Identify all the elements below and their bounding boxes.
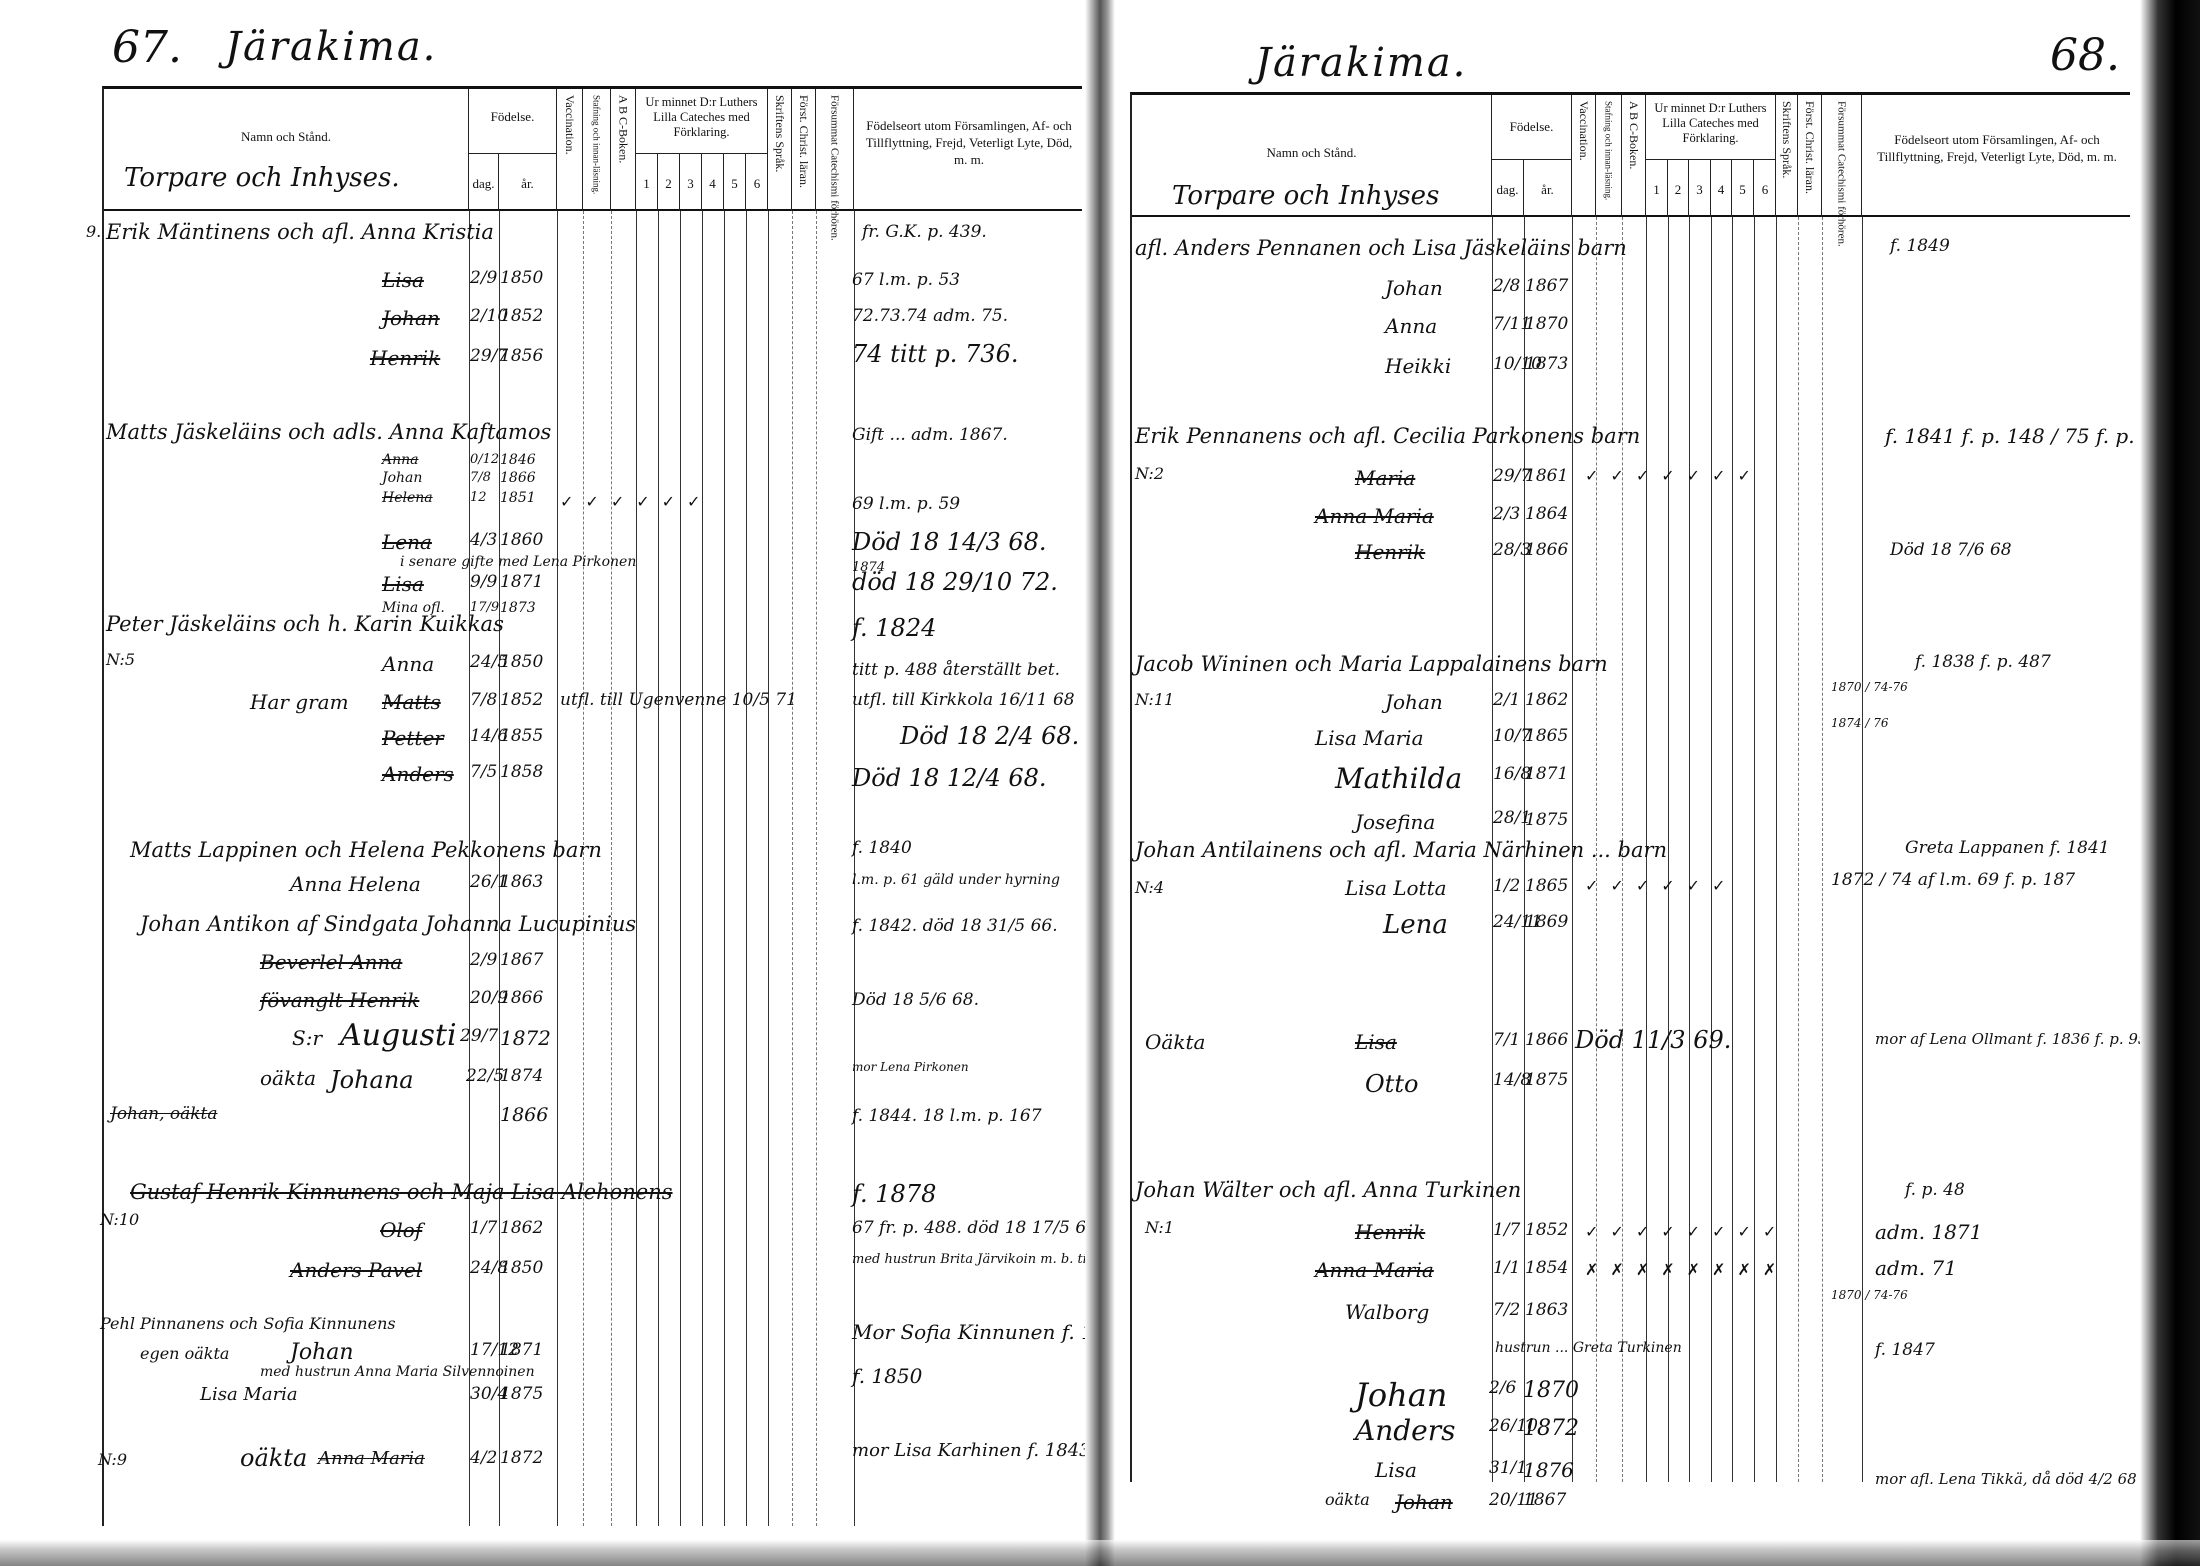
birth-year: 1856 [500, 346, 543, 366]
remark: mor afl. Lena Tikkä, då död 4/2 68 [1875, 1470, 2137, 1488]
birth-day: 2/6 [1489, 1378, 1516, 1398]
remark: l.m. p. 61 gäld under hyrning [852, 872, 1060, 888]
remark: utfl. till Kirkkola 16/11 68 [852, 690, 1075, 710]
birth-day: 7/8 [470, 690, 497, 710]
column-divider [1776, 217, 1777, 1482]
birth-year: 1846 [500, 452, 536, 468]
birth-day: 29/7 [460, 1026, 498, 1046]
birth-year: 1875 [500, 1384, 543, 1404]
birth-year: 1875 [1525, 1070, 1568, 1090]
column-divider [702, 211, 703, 1526]
household-number: N:4 [1135, 878, 1164, 897]
person-name: Johana [330, 1066, 414, 1094]
person-name: Lisa Lotta [1345, 876, 1447, 900]
column-divider [746, 211, 747, 1526]
birth-year: 1867 [500, 950, 543, 970]
birth-day: 4/2 [470, 1448, 497, 1468]
birth-year: 1873 [1525, 354, 1568, 374]
birth-year: 1872 [500, 1026, 551, 1050]
column-divider [557, 211, 558, 1526]
birth-year: 1852 [1525, 1220, 1568, 1240]
birth-year: 1874 [500, 1066, 543, 1086]
household-head: Matts Jäskeläins och adls. Anna Kaftamos [106, 420, 551, 444]
remark: fr. G.K. p. 439. [862, 222, 987, 242]
person-name: Henrik [370, 346, 440, 370]
household-number: N:9 [98, 1450, 127, 1469]
person-name: Anna [1385, 314, 1437, 338]
catechism-marks: ✗✗✗✗✗✗✗✗ [1585, 1260, 1788, 1279]
catechism-marks: ✓✓✓✓✓✓ [560, 492, 712, 511]
birth-year: 1865 [1525, 876, 1568, 896]
household-head: Peter Jäskeläins och h. Karin Kuikkas [106, 612, 504, 636]
household-head: Johan Antikon af Sindgata Johanna Lucupi… [140, 912, 636, 936]
column-divider [724, 211, 725, 1526]
household-number: N:1 [1145, 1218, 1174, 1237]
birth-day: 2/9 [470, 268, 497, 288]
person-name: Anna [382, 652, 434, 676]
household-head: hustrun ... Greta Turkinen [1495, 1340, 1682, 1356]
birth-day: 7/5 [470, 762, 497, 782]
header-reading: Stafning och innan-läsning. [583, 89, 611, 211]
household-head: Erik Pennanens och afl. Cecilia Parkonen… [1135, 424, 1640, 448]
remark: 1874 / 76 [1831, 716, 1888, 730]
column-divider [1711, 217, 1712, 1482]
column-divider [469, 211, 470, 1526]
header-remarks: Födelseort utom Församlingen, Af- och Ti… [1862, 95, 2132, 217]
header-missed-examinations: Försummat Catechismi förhören. [816, 89, 854, 211]
birth-day: 9/9 [470, 572, 497, 592]
birth-year: 1866 [1525, 540, 1568, 560]
birth-day: 7/8 [470, 470, 491, 485]
remark: 67 fr. p. 488. död 18 17/5 68. [852, 1218, 1102, 1238]
birth-year: 1870 [1525, 314, 1568, 334]
page-number-right: 68. [2050, 30, 2120, 81]
birth-year: 1860 [500, 530, 543, 550]
birth-day: 7/1 [1493, 1030, 1520, 1050]
birth-year: 1872 [500, 1448, 543, 1468]
header-catechism: Ur minnet D:r Luthers Lilla Cateches med… [1646, 95, 1776, 217]
remark: Död 18 5/6 68. [852, 990, 979, 1010]
person-name: Olof [380, 1218, 422, 1242]
remark: adm. 1871 [1875, 1220, 1982, 1244]
left-page: 67. Järakima. Namn och Stånd. Torpare oc… [0, 0, 1085, 1566]
column-divider [583, 211, 584, 1526]
header-remarks: Födelseort utom Församlingen, Af- och Ti… [854, 89, 1084, 211]
birth-day: 7/2 [1493, 1300, 1520, 1320]
person-name: Anna Helena [290, 872, 421, 896]
header-reading: Stafning och innan-läsning. [1596, 95, 1622, 217]
person-name: Johan, oäkta [110, 1104, 218, 1124]
person-name: Lena [382, 530, 432, 554]
person-name: Heikki [1385, 354, 1451, 378]
table-header-right: Namn och Stånd. Torpare och Inhyses Föde… [1132, 95, 2130, 217]
birth-day: 31/1 [1489, 1458, 1527, 1478]
birth-year: 1871 [500, 572, 543, 592]
household-head: Gustaf Henrik Kinnunens och Maja Lisa Al… [130, 1180, 673, 1204]
birth-day: 2/9 [470, 950, 497, 970]
header-vaccination: Vaccination. [557, 89, 583, 211]
birth-day: 4/3 [470, 530, 497, 550]
remark: död 18 29/10 72. [852, 568, 1058, 596]
catechism-marks: ✓✓✓✓✓✓✓✓ [1585, 1222, 1788, 1241]
remark: titt p. 488 återställt bet. [852, 660, 1060, 680]
remark: f. 1850 [852, 1364, 922, 1388]
annotation: oäkta [240, 1444, 307, 1472]
column-divider [1689, 217, 1690, 1482]
household-head: Erik Mäntinens och afl. Anna Kristia [106, 220, 494, 244]
person-name: Johan [290, 1340, 354, 1365]
birth-day: 12 [470, 490, 487, 505]
birth-day: 2/8 [1493, 276, 1520, 296]
person-name: Mathilda [1335, 762, 1462, 795]
birth-year: 1867 [1523, 1490, 1566, 1510]
column-divider [792, 211, 793, 1526]
annotation: oäkta [260, 1066, 316, 1090]
remark: 1870 / 74-76 [1831, 1288, 1908, 1302]
section-title-right: Torpare och Inhyses [1172, 181, 1439, 211]
person-name: Lisa [1355, 1030, 1397, 1054]
remark: 72.73.74 adm. 75. [852, 306, 1008, 326]
birth-day: 1/7 [1493, 1220, 1520, 1240]
person-name: Henrik [1355, 1220, 1425, 1244]
header-scripture: Skriftens Språk. [1776, 95, 1798, 217]
person-name: Johan [1385, 690, 1443, 714]
birth-year: 1864 [1525, 504, 1568, 524]
annotation: oäkta [1325, 1490, 1370, 1509]
header-christian-doctrine: Först. Christ. läran. [792, 89, 816, 211]
annotation: Har gram [250, 690, 349, 714]
birth-year: 1855 [500, 726, 543, 746]
person-name: Johan [382, 470, 422, 486]
birth-day: 1/1 [1493, 1258, 1520, 1278]
household-head: Johan Wälter och afl. Anna Turkinen [1135, 1178, 1521, 1202]
header-name-column: Namn och Stånd. Torpare och Inhyses. [104, 89, 469, 211]
birth-year: 1850 [500, 652, 543, 672]
catechism-marks: ✓✓✓✓✓✓ [1585, 876, 1737, 895]
person-name: Lisa [1375, 1458, 1417, 1482]
birth-year: 1876 [1523, 1458, 1574, 1482]
village-title-right: Järakima. [1255, 40, 1467, 86]
annotation: utfl. till Ugenvenne 10/5 71 [560, 690, 797, 710]
column-divider [636, 211, 637, 1526]
header-scripture: Skriftens Språk. [768, 89, 792, 211]
table-header-left: Namn och Stånd. Torpare och Inhyses. Föd… [104, 89, 1082, 211]
annotation: egen oäkta [140, 1344, 229, 1363]
column-divider [1754, 217, 1755, 1482]
birth-year: 1862 [1525, 690, 1568, 710]
person-name: Johan [1385, 276, 1443, 300]
person-name: Lisa Maria [200, 1384, 298, 1405]
birth-year: 1863 [500, 872, 543, 892]
annotation: S:r [292, 1026, 322, 1050]
remark: f. 1847 [1875, 1340, 1935, 1360]
person-name: Lena [1383, 910, 1448, 940]
birth-day: 2/3 [1493, 504, 1520, 524]
person-name: Beverlel Anna [260, 950, 402, 974]
column-divider [1732, 217, 1733, 1482]
annotation: Oäkta [1145, 1030, 1205, 1054]
birth-day: 2/1 [1493, 690, 1520, 710]
right-page: Järakima. 68. Namn och Stånd. Torpare oc… [1115, 0, 2200, 1566]
remark: f. 1849 [1890, 236, 1950, 256]
person-name: Anna Maria [318, 1448, 425, 1469]
person-name: Augusti [340, 1018, 457, 1053]
birth-year: 1866 [500, 1104, 548, 1126]
household-number: N:5 [106, 650, 135, 669]
birth-year: 1850 [500, 1258, 543, 1278]
remark: 74 titt p. 736. [852, 340, 1018, 368]
remark: f. p. 48 [1905, 1180, 1965, 1200]
person-name: Petter [382, 726, 444, 750]
person-name: Henrik [1355, 540, 1425, 564]
household-head: Pehl Pinnanens och Sofia Kinnunens [100, 1314, 396, 1333]
village-title-left: Järakima. [225, 24, 437, 70]
household-head: Jacob Wininen och Maria Lappalainens bar… [1135, 652, 1608, 676]
person-name: Johan [382, 306, 440, 330]
household-head: Matts Lappinen och Helena Pekkonens barn [130, 838, 602, 862]
birth-year: 1850 [500, 268, 543, 288]
birth-year: 1870 [1523, 1378, 1579, 1403]
birth-year: 1873 [500, 600, 536, 616]
person-name: Lisa Maria [1315, 726, 1424, 750]
section-title-left: Torpare och Inhyses. [124, 163, 400, 193]
remark: f. 1824 [852, 614, 936, 642]
person-name: Josefina [1355, 810, 1435, 834]
birth-day: 1/2 [1493, 876, 1520, 896]
person-name: Lisa [382, 572, 424, 596]
annotation: i senare gifte med Lena Pirkonen [400, 554, 636, 570]
household-head: Johan Antilainens och afl. Maria Närhine… [1135, 838, 1667, 862]
birth-year: 1863 [1525, 1300, 1568, 1320]
book-bottom-shadow [0, 1540, 2200, 1566]
column-divider [1822, 217, 1823, 1482]
birth-year: 1852 [500, 690, 543, 710]
page-number-left: 67. [112, 22, 182, 73]
birth-year: 1865 [1525, 726, 1568, 746]
birth-year: 1871 [500, 1340, 543, 1360]
column-divider [768, 211, 769, 1526]
remark: Död 18 14/3 68. [852, 528, 1047, 556]
header-birth: Födelse. dag. år. [1492, 95, 1572, 217]
column-divider [611, 211, 612, 1526]
remark: 1872 / 74 af l.m. 69 f. p. 187 [1831, 870, 2075, 890]
remark: f. 1842. död 18 31/5 66. [852, 916, 1058, 936]
book-edge-shadow [2140, 0, 2200, 1566]
person-name: Otto [1365, 1070, 1418, 1098]
remark: mor af Lena Ollmant f. 1836 f. p. 95 [1875, 1030, 2147, 1048]
birth-year: 1862 [500, 1218, 543, 1238]
person-name: Anders [1355, 1414, 1456, 1447]
birth-day: 1/7 [470, 1218, 497, 1238]
column-divider [499, 211, 500, 1526]
header-abc-book: A B C-Boken. [611, 89, 636, 211]
header-catechism: Ur minnet D:r Luthers Lilla Cateches med… [636, 89, 768, 211]
birth-year: 1861 [1525, 466, 1568, 486]
remark: 1870 / 74-76 [1831, 680, 1908, 694]
person-name: Anna [382, 452, 419, 468]
header-christian-doctrine: Först. Christ. läran. [1798, 95, 1822, 217]
household-number: N:11 [1135, 690, 1174, 709]
column-divider [680, 211, 681, 1526]
person-name: Anders [382, 762, 454, 786]
household-head: afl. Anders Pennanen och Lisa Jäskeläins… [1135, 236, 1627, 260]
remark: Gift ... adm. 1867. [852, 425, 1008, 445]
household-number: 9. [86, 222, 101, 241]
catechism-marks: ✓✓✓✓✓✓✓ [1585, 466, 1763, 485]
person-name: Anders Pavel [290, 1258, 422, 1282]
person-name: Anna Maria [1315, 1258, 1434, 1282]
person-name: Walborg [1345, 1300, 1429, 1324]
book-gutter [1085, 0, 1115, 1566]
remark: Död 18 7/6 68 [1890, 540, 2012, 560]
header-abc-book: A B C-Boken. [1622, 95, 1646, 217]
person-name: Lisa [382, 268, 424, 292]
birth-year: 1869 [1525, 912, 1568, 932]
person-name: Anna Maria [1315, 504, 1434, 528]
birth-year: 1851 [500, 490, 536, 506]
person-name: Maria [1355, 466, 1415, 490]
column-divider [658, 211, 659, 1526]
annotation: Död 11/3 69. [1575, 1026, 1731, 1054]
person-name: Matts [382, 690, 441, 714]
header-birth: Födelse. dag. år. [469, 89, 557, 211]
remark: mor Lena Pirkonen [852, 1060, 969, 1074]
household-number: N:10 [100, 1210, 139, 1229]
header-missed-examinations: Försummat Catechismi förhören. [1822, 95, 1862, 217]
column-divider [1798, 217, 1799, 1482]
annotation: med hustrun Anna Maria Silvennoinen [260, 1364, 535, 1380]
household-number: N:2 [1135, 464, 1164, 483]
remark: f. 1878 [852, 1180, 936, 1208]
birth-year: 1875 [1525, 810, 1568, 830]
birth-year: 1854 [1525, 1258, 1568, 1278]
person-name: Johan [1355, 1376, 1447, 1414]
birth-year: 1866 [500, 988, 543, 1008]
remark: adm. 71 [1875, 1256, 1957, 1280]
remark: Greta Lappanen f. 1841 [1905, 838, 2110, 858]
header-name-column: Namn och Stånd. Torpare och Inhyses [1132, 95, 1492, 217]
birth-year: 1858 [500, 762, 543, 782]
remark: f. 1840 [852, 838, 912, 858]
person-name: Helena [382, 490, 433, 506]
birth-day: 0/12 [470, 452, 499, 467]
remark: 69 l.m. p. 59 [852, 494, 960, 514]
birth-year: 1866 [1525, 1030, 1568, 1050]
person-name: Johan [1395, 1490, 1453, 1514]
person-name: fövanglt Henrik [260, 988, 419, 1012]
birth-day: 22/5 [466, 1066, 504, 1086]
birth-year: 1872 [1523, 1416, 1579, 1441]
remark: Död 18 2/4 68. [900, 722, 1079, 750]
column-divider [1668, 217, 1669, 1482]
remark: f. 1838 f. p. 487 [1915, 652, 2051, 672]
birth-year: 1867 [1525, 276, 1568, 296]
ledger-table-left: Namn och Stånd. Torpare och Inhyses. Föd… [102, 86, 1082, 1526]
remark: f. 1844. 18 l.m. p. 167 [852, 1106, 1042, 1126]
remark: 67 l.m. p. 53 [852, 270, 960, 290]
birth-year: 1866 [500, 470, 536, 486]
birth-year: 1852 [500, 306, 543, 326]
remark: Död 18 12/4 68. [852, 764, 1047, 792]
birth-year: 1871 [1525, 764, 1568, 784]
header-vaccination: Vaccination. [1572, 95, 1596, 217]
column-divider [816, 211, 817, 1526]
